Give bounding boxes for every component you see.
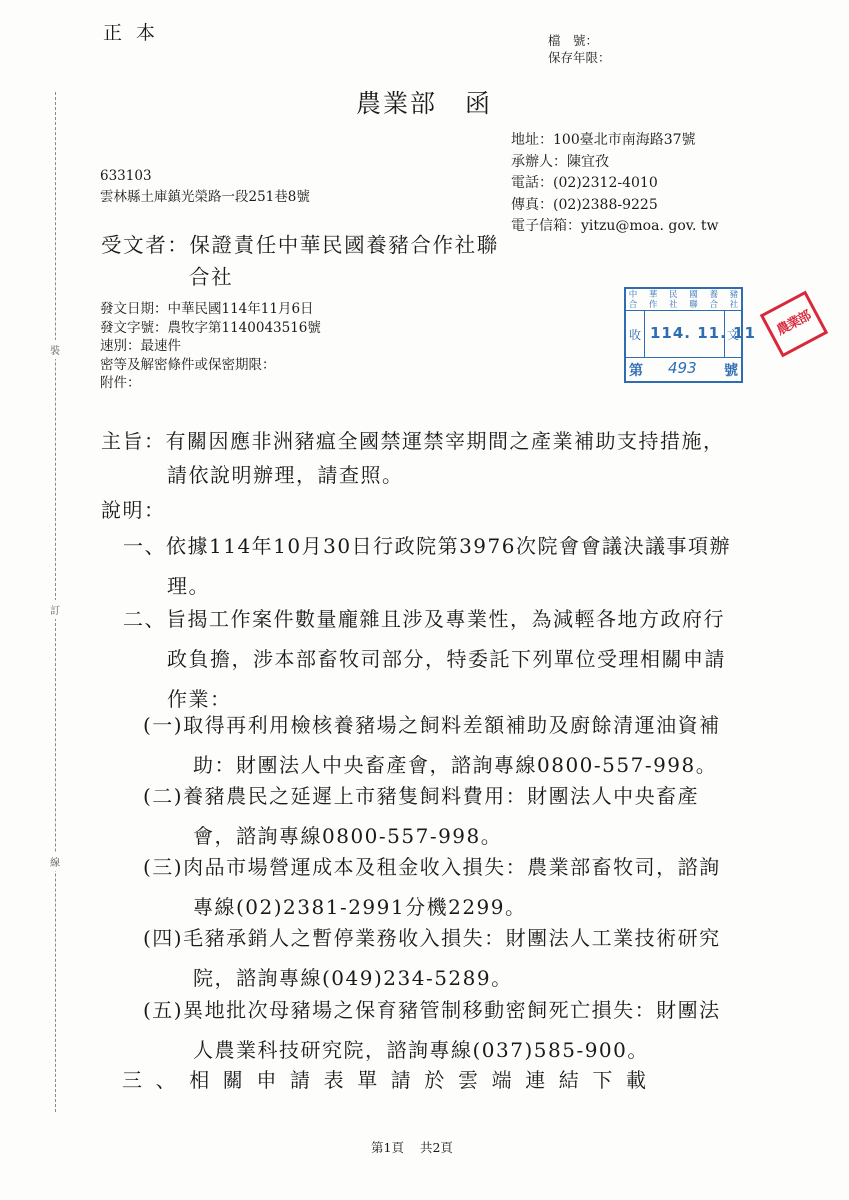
stamp-received-char: 收 [626,311,645,357]
stamp-org-char: 國聯 [689,290,699,309]
subject-line-2: 請依說明辦理，請查照。 [101,458,725,492]
binding-mark-ding: 訂 [50,600,60,619]
sub-item-line: (四)毛豬承銷人之暫停業務收入損失：財團法人工業技術研究 [143,918,721,958]
stamp-received-number: 493 [668,359,697,377]
sub-item-line: (五)異地批次母豬場之保育豬管制移動密飼死亡損失：財團法 [143,990,721,1030]
sender-info: 地址：100臺北市南海路37號 承辦人：陳宜孜 電話：(02)2312-4010… [511,130,719,238]
explanation-label: 說明： [101,494,166,523]
sub-item-2: (二)養豬農民之延遲上市豬隻飼料費用：財團法人中央畜產 會，諮詢專線0800-5… [143,776,699,856]
sender-contact-person: 承辦人：陳宜孜 [511,152,719,174]
title-type: 函 [465,89,492,118]
stamp-org-char: 中合 [628,290,638,309]
recipient-postal-code: 633103 [100,166,310,187]
retention-period-label: 保存年限： [548,49,611,66]
sub-item-line: (三)肉品市場營運成本及租金收入損失：農業部畜牧司，諮詢 [143,847,721,887]
stamp-document-char: 文 [724,311,741,357]
stamp-number-row: 第 493 號 [626,357,741,381]
attachments: 附件： [100,374,321,393]
page-footer: 第1頁共2頁 [371,1138,453,1156]
stamp-org-name: 中合 華作 民社 國聯 養合 豬社 [626,289,741,311]
explanation-item-1: 一、依據114年10月30日行政院第3976次院會會議決議事項辦 理。 [123,526,731,606]
sub-item-1: (一)取得再利用檢核養豬場之飼料差額補助及廚餘清運油資補 助：財團法人中央畜產會… [143,705,721,785]
stamp-number-prefix: 第 [629,360,643,380]
stamp-org-char: 豬社 [729,290,739,309]
recipient-line-1: 受文者：保證責任中華民國養豬合作社聯 [101,229,499,261]
recipient-address-block: 633103 雲林縣土庫鎮光榮路一段251巷8號 [100,166,310,208]
explanation-item-3: 三、相關申請表單請於雲端連結下載 [122,1064,660,1093]
copy-type-mark: 正本 [103,18,169,45]
recipient-address: 雲林縣土庫鎮光榮路一段251巷8號 [100,187,310,208]
item-line: 一、依據114年10月30日行政院第3976次院會會議決議事項辦 [123,526,731,566]
speed-class: 速別：最速件 [100,337,321,356]
confidentiality: 密等及解密條件或保密期限： [100,356,321,375]
sender-email: 電子信箱：yitzu@moa. gov. tw [511,216,719,238]
document-title: 農業部函 [356,84,492,120]
file-number-label: 檔 號： [548,32,611,49]
sender-fax: 傳真：(02)2388-9225 [511,195,719,217]
recipient-line-2: 合社 [101,261,499,293]
subject-line-1: 主旨：有關因應非洲豬瘟全國禁運禁宰期間之產業補助支持措施， [101,424,725,458]
sender-address: 地址：100臺北市南海路37號 [511,130,719,152]
sub-item-3: (三)肉品市場營運成本及租金收入損失：農業部畜牧司，諮詢 專線(02)2381-… [143,847,721,927]
stamp-org-char: 養合 [709,290,719,309]
binding-mark-zhuang: 裝 [50,340,60,359]
stamp-number-suffix: 號 [724,360,738,380]
recipient: 受文者：保證責任中華民國養豬合作社聯 合社 [101,229,499,293]
page-total: 共2頁 [420,1140,453,1155]
received-stamp: 中合 華作 民社 國聯 養合 豬社 收 114. 11. 11 文 第 493 … [624,287,743,383]
document-meta: 發文日期：中華民國114年11月6日 發文字號：農牧字第1140043516號 … [100,300,321,393]
page-number: 第1頁 [371,1140,404,1155]
sub-item-line: (一)取得再利用檢核養豬場之飼料差額補助及廚餘清運油資補 [143,705,721,745]
file-info: 檔 號： 保存年限： [548,32,611,66]
stamp-org-char: 民社 [668,290,678,309]
subject: 主旨：有關因應非洲豬瘟全國禁運禁宰期間之產業補助支持措施， 請依說明辦理，請查照… [101,424,725,492]
item-line: 二、旨揭工作案件數量龐雜且涉及專業性，為減輕各地方政府行 [123,599,726,639]
sender-phone: 電話：(02)2312-4010 [511,173,719,195]
sub-item-line: (二)養豬農民之延遲上市豬隻飼料費用：財團法人中央畜產 [143,776,699,816]
stamp-date-row: 收 114. 11. 11 文 [626,311,741,358]
item-line: 政負擔，涉本部畜牧司部分，特委託下列單位受理相關申請 [123,639,726,679]
explanation-item-2: 二、旨揭工作案件數量龐雜且涉及專業性，為減輕各地方政府行 政負擔，涉本部畜牧司部… [123,599,726,719]
title-org: 農業部 [356,89,437,118]
sub-item-4: (四)毛豬承銷人之暫停業務收入損失：財團法人工業技術研究 院，諮詢專線(049)… [143,918,721,998]
issue-number: 發文字號：農牧字第1140043516號 [100,319,321,338]
issue-date: 發文日期：中華民國114年11月6日 [100,300,321,319]
binding-mark-xian: 線 [50,852,60,871]
official-seal: 農業部 [760,291,828,358]
sub-item-5: (五)異地批次母豬場之保育豬管制移動密飼死亡損失：財團法 人農業科技研究院，諮詢… [143,990,721,1070]
stamp-org-char: 華作 [648,290,658,309]
